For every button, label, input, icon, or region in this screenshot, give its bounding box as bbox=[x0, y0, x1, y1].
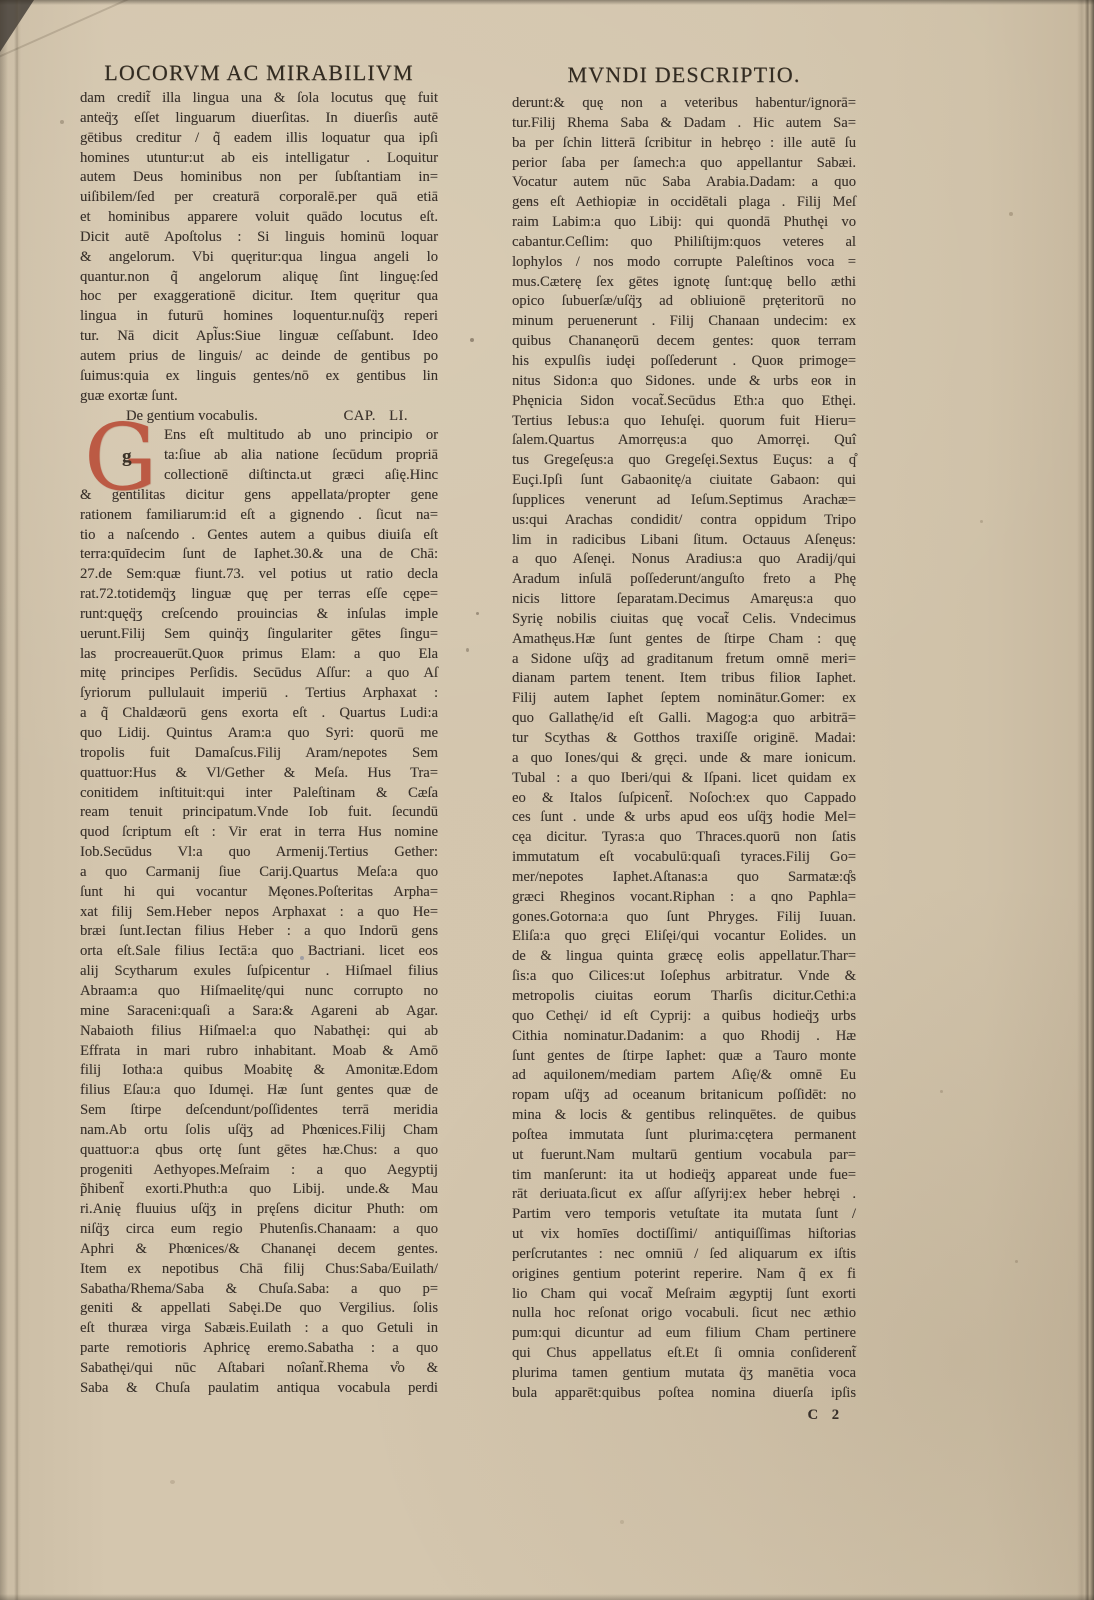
right-text-column: derunt:& quę non a veteribus habentur/ig… bbox=[512, 94, 856, 1426]
text-line: xat filij Sem.Heber nepos Arphaxat : a q… bbox=[80, 903, 438, 923]
text-line: tur Scythas & Gotthos traxiſſe originē. … bbox=[512, 729, 856, 749]
initial-block: G g Ens eſt multitudo ab uno principio o… bbox=[80, 426, 438, 486]
text-line: Partim vero temporis vetuſtate ita mutat… bbox=[512, 1205, 856, 1225]
text-line: ad aquilonem/mediam partem Aſię/& omnē E… bbox=[512, 1066, 856, 1086]
text-line: bræi ſunt.Iectan filius Heber : a quo In… bbox=[80, 922, 438, 942]
text-line: terra:quīdecim ſunt de Iaphet.30.& una d… bbox=[80, 545, 438, 565]
text-line: Eliſa:a quo gręci Eliſęi/qui vocantur Eo… bbox=[512, 927, 856, 947]
text-line: Dicit autē Apoſtolus : Si linguis hominū… bbox=[80, 228, 438, 248]
left-page-header: LOCORVM AC MIRABILIVM bbox=[80, 60, 438, 86]
text-line: 27.de Sem:quæ fiunt.73. vel potius ut ra… bbox=[80, 565, 438, 585]
text-line: qui Chus appellatus eſt.Et ſi omnia conſ… bbox=[512, 1344, 856, 1364]
text-line: ream tenuit principatum.Vnde Iob fuit. ſ… bbox=[80, 803, 438, 823]
text-line: tur. Nā dicit Apl̃us:Siue linguæ ceſſabu… bbox=[80, 327, 438, 347]
page-edge-right bbox=[1077, 0, 1094, 1600]
text-line: ſalem.Quartus Amorręus:a quo Amorręi. Qu… bbox=[512, 431, 856, 451]
text-line: a q̃ Chaldæorū gens exorta eſt . Quartus… bbox=[80, 704, 438, 724]
text-line: & angelorum. Vbi quęritur:qua lingua ang… bbox=[80, 248, 438, 268]
text-line: Cithia nominatur.Dadanim: a quo Rhodij .… bbox=[512, 1027, 856, 1047]
text-line: Euçi.Ipſi ſunt Gabaonitę/a ciuitate Gaba… bbox=[512, 471, 856, 491]
text-line: a Sidone uſq̈ʒ ad graditanum fretum omnē… bbox=[512, 650, 856, 670]
text-line: quattuor:a qbus ortę ſunt gētes hæ.Chus:… bbox=[80, 1141, 438, 1161]
text-line: ba per ſchin litterā ſcribitur in hebręo… bbox=[512, 134, 856, 154]
text-line: mitę principes Perſidis. Secūdus Aſſur: … bbox=[80, 664, 438, 684]
text-line: immutatum eſt vocabulū:quaſi tyraces.Fil… bbox=[512, 848, 856, 868]
text-line: quo Cethęi/ id eſt Cyprij: a quibus hodi… bbox=[512, 1007, 856, 1027]
text-line: perior ſaba per ſamech:a quo appellantur… bbox=[512, 154, 856, 174]
text-line: rat.72.totidemq̈ʒ linguæ quę per terras … bbox=[80, 585, 438, 605]
left-text-column: dam credit̃ illa lingua una & ſola locut… bbox=[80, 89, 438, 1399]
text-line: tropolis fuit Damaſcus.Filij Aram/nepote… bbox=[80, 744, 438, 764]
text-line: autem Deus hominibus non per ſubſtantiam… bbox=[80, 168, 438, 188]
text-line: Filij autem Iaphet ſeptem nominātur.Gome… bbox=[512, 689, 856, 709]
text-line: Syrię nobilis ciuitas quę vocat̃ Celis. … bbox=[512, 610, 856, 630]
text-line: quantur.non q̃ angelorum aliquę ſint lin… bbox=[80, 268, 438, 288]
text-line: runt:quęq̈ʒ creſcendo prouincias & inſul… bbox=[80, 605, 438, 625]
text-line: ut vix homīes doctiſſimi/ antiquiſſimas … bbox=[512, 1225, 856, 1245]
page-edge-top bbox=[0, 0, 1094, 5]
text-line: græci Rheginos vocant.Riphan : a qno Pap… bbox=[512, 888, 856, 908]
paper-speck bbox=[170, 1480, 175, 1484]
page-edge-bottom bbox=[0, 1594, 1094, 1600]
text-line: Iob.Secūdus Vl:a quo Armenij.Tertius Get… bbox=[80, 843, 438, 863]
right-page-header: MVNDI DESCRIPTIO. bbox=[512, 62, 856, 88]
text-line: quattuor:Hus & Vl/Gether & Meſa. Hus Tra… bbox=[80, 764, 438, 784]
paper-speck bbox=[980, 520, 983, 523]
paragraph-lines: & gentilitas dicitur gens appellata/prop… bbox=[80, 486, 438, 1399]
text-line: quibus Chananęorū decem gentes: quoʀ ter… bbox=[512, 332, 856, 352]
text-line: gens eſt Aethiopiæ in occidētali plaga .… bbox=[512, 193, 856, 213]
text-line: mer/nepotes Iaphet.Aſtanas:a quo Sarmatæ… bbox=[512, 868, 856, 888]
text-line: opico ſubuerſæ/uſq̈ʒ ad obliuionē pręter… bbox=[512, 292, 856, 312]
text-line: lophylos / nos modo corrupte Paleſtinos … bbox=[512, 253, 856, 273]
text-line: dam credit̃ illa lingua una & ſola locut… bbox=[80, 89, 438, 109]
text-line: ſuimus:quia ex linguis gentes/nō ex gent… bbox=[80, 367, 438, 387]
paragraph-lines: dam credit̃ illa lingua una & ſola locut… bbox=[80, 89, 438, 387]
text-line: et hominibus apparere voluit quādo locut… bbox=[80, 208, 438, 228]
rubricated-initial-g: G bbox=[84, 412, 158, 504]
text-line: metropolis ciuitas eorum Tharſis dicitur… bbox=[512, 987, 856, 1007]
left-crease-shadow bbox=[14, 0, 21, 1600]
text-line: Aphri & Phœnices/& Chananęi decem gentes… bbox=[80, 1240, 438, 1260]
text-line: poſtea immutata ſunt plurima:cętera perm… bbox=[512, 1126, 856, 1146]
text-line: alij Scytharum exules ſuſpicentur . Hiſm… bbox=[80, 962, 438, 982]
text-line: cabantur.Ceſlim: quo Philiſtijm:quos vet… bbox=[512, 233, 856, 253]
text-line: eo & Italos ſuſpicent̃. Noſoch:ex quo Ca… bbox=[512, 789, 856, 809]
text-line: nam.Ab ortu ſolis uſq̈ʒ ad Phœnices.Fili… bbox=[80, 1121, 438, 1141]
text-line: mina & locis & gentibus relinquētes. de … bbox=[512, 1106, 856, 1126]
text-line: geniti & appellati Sabęi.De quo Vergiliu… bbox=[80, 1299, 438, 1319]
text-line: ri.Anię fluuius uſq̈ʒ in pręſens dicitur… bbox=[80, 1200, 438, 1220]
text-line: cęa dicitur. Tyras:a quo Thraces.quorū n… bbox=[512, 828, 856, 848]
text-line: minum peruenerunt . Filij Chanaan undeci… bbox=[512, 312, 856, 332]
text-line: hoc per exaggerationē dicitur. Item quęr… bbox=[80, 287, 438, 307]
text-line: tur.Filij Rhema Saba & Dadam . Hic autem… bbox=[512, 114, 856, 134]
paper-speck bbox=[620, 1520, 624, 1524]
paper-speck bbox=[470, 338, 474, 342]
text-line: las procreauerūt.Quoʀ primus Elam: a quo… bbox=[80, 645, 438, 665]
paper-speck bbox=[940, 1090, 943, 1093]
text-line: niſq̈ʒ circa eum regio Phutenſis.Chanaam… bbox=[80, 1220, 438, 1240]
paper-speck bbox=[1009, 212, 1013, 216]
text-line: plurima tamen gentium mutata q̈ʒ manētia… bbox=[512, 1364, 856, 1384]
text-line: perſcrutantes : nec omniū / ſed aliquaru… bbox=[512, 1245, 856, 1265]
paper-speck bbox=[528, 200, 531, 203]
text-line: filius Eſau:a quo Idumęi. Hæ ſunt gentes… bbox=[80, 1081, 438, 1101]
text-line: ces ſunt . unde & urbs apud eos uſq̈ʒ ho… bbox=[512, 808, 856, 828]
text-line: mine Saraceni:quaſi a Sara:& Agareni ab … bbox=[80, 1002, 438, 1022]
text-line: tus Gregeſęus:a quo Gregeſęi.Sextus Euçu… bbox=[512, 451, 856, 471]
text-line: Item ex nepotibus Chā filij Chus:Saba/Eu… bbox=[80, 1260, 438, 1280]
book-page: LOCORVM AC MIRABILIVM MVNDI DESCRIPTIO. … bbox=[0, 0, 1094, 1600]
paper-speck bbox=[1015, 1260, 1018, 1263]
text-line: uiſibilem/ſed per creaturā corporalē.per… bbox=[80, 188, 438, 208]
text-line: Sem ſtirpe deſcendunt/poſſidentes terrā … bbox=[80, 1101, 438, 1121]
text-line: his expulſis iudęi poſſederunt . Quoʀ pr… bbox=[512, 352, 856, 372]
text-line: Tertius Iebus:a quo Iehuſęi. quorum fuit… bbox=[512, 412, 856, 432]
paper-speck bbox=[60, 120, 64, 124]
text-line: Sabatha/Rhema/Saba & Chuſa.Saba: a quo p… bbox=[80, 1280, 438, 1300]
text-line: anteq̈ʒ eſſet linguarum diuerſitas. In d… bbox=[80, 109, 438, 129]
text-line: nicis littore ſeparatam.Decimus Amaręus:… bbox=[512, 590, 856, 610]
text-line: Amathęus.Hæ ſunt gentes de ſtirpe Cham :… bbox=[512, 630, 856, 650]
text-line: Sabathęi/qui nūc Aſtabari noîant̃.Rhema … bbox=[80, 1359, 438, 1379]
text-line: orta eſt.Sale filius Iectā:a quo Bactria… bbox=[80, 942, 438, 962]
text-line: conitidem inſtituit:qui inter Paleſtinam… bbox=[80, 784, 438, 804]
text-line: nitus Sidon:a quo Sidones. unde & urbs e… bbox=[512, 372, 856, 392]
text-line: a quo Aſenęi. Nonus Aradius:a quo Aradij… bbox=[512, 550, 856, 570]
text-line: parte remotioris Aphricę eremo.Sabatha :… bbox=[80, 1339, 438, 1359]
text-line: autem prius de linguis/ ac deinde de gen… bbox=[80, 347, 438, 367]
text-line: Aradum inſulā poſſederunt/anguſto freto … bbox=[512, 570, 856, 590]
text-line: tim manſerunt: ita ut hodieq̈ʒ appareat … bbox=[512, 1166, 856, 1186]
text-line: Saba & Chuſa paulatim antiqua vocabula p… bbox=[80, 1379, 438, 1399]
text-line: origines gentium poterint reperire. Nam … bbox=[512, 1265, 856, 1285]
text-line: lim in radicibus Libani ſitum. Octauus A… bbox=[512, 531, 856, 551]
text-line: filij Iotha:a quibus Moabitę & Amonitæ.E… bbox=[80, 1061, 438, 1081]
paper-speck bbox=[476, 612, 479, 615]
signature-mark: C 2 bbox=[512, 1406, 856, 1426]
text-line: gētibus creditur / q̃ eadem illis loquat… bbox=[80, 129, 438, 149]
text-line: rāt deriuata.ſicut ex aſſur aſſyrij:ex h… bbox=[512, 1185, 856, 1205]
text-line: uerunt.Filij Sem quinq̈ʒ ſingulariter gē… bbox=[80, 625, 438, 645]
text-line: quod ſcriptum eſt : Vir erat in terra Hu… bbox=[80, 823, 438, 843]
guide-letter: g bbox=[122, 447, 132, 467]
page-edge-left bbox=[0, 0, 8, 1600]
text-line: eſt thuræa virga Sabæis.Euilath : a quo … bbox=[80, 1319, 438, 1339]
text-line: quo Lidij. Quintus Aram:a quo Syri: quor… bbox=[80, 724, 438, 744]
text-line: lio Cham qui vocat̃ Meſraim ægyptij ſunt… bbox=[512, 1285, 856, 1305]
text-line: Effrata in mari rubro inhabitant. Moab &… bbox=[80, 1042, 438, 1062]
text-line: dianam partem tenent. Item tribus filioʀ… bbox=[512, 669, 856, 689]
text-line: pum:qui dicuntur ad eum filium Cham pert… bbox=[512, 1324, 856, 1344]
text-line: ſis:a quo Cilices:ut Ioſephus arbitratur… bbox=[512, 967, 856, 987]
text-line: Vocatur autem nūc Saba Arabia.Dadam: a q… bbox=[512, 173, 856, 193]
text-line: quo Gallathę/id eſt Galli. Magog:a quo a… bbox=[512, 709, 856, 729]
text-line: Tubal : a quo Iberi/qui & Iſpani. licet … bbox=[512, 769, 856, 789]
text-line: ſunt hi qui vocantur Męones.Poſteritas A… bbox=[80, 883, 438, 903]
text-line: ut fuerunt.Nam multarū gentium vocabula … bbox=[512, 1146, 856, 1166]
text-line: nulla hoc reſonat origo vocabuli. ſicut … bbox=[512, 1304, 856, 1324]
text-line: ſupplices venerunt ad Ieſum.Septimus Ara… bbox=[512, 491, 856, 511]
text-line: lingua in futurū homines loquentur.nuſq̈… bbox=[80, 307, 438, 327]
paper-speck bbox=[300, 956, 304, 960]
paragraph-lines: derunt:& quę non a veteribus habentur/ig… bbox=[512, 94, 856, 1404]
text-line: ſyriorum pullulauit imperiū . Tertius Ar… bbox=[80, 684, 438, 704]
text-line: tio a naſcendo . Gentes autem a quibus d… bbox=[80, 526, 438, 546]
text-line: a quo Iones/qui & gręci. unde & mare ion… bbox=[512, 749, 856, 769]
text-line: progeniti Aethyopes.Meſraim : a quo Aegy… bbox=[80, 1161, 438, 1181]
text-line: Nabaioth filius Hiſmael:a quo Nabathęi: … bbox=[80, 1022, 438, 1042]
text-line: derunt:& quę non a veteribus habentur/ig… bbox=[512, 94, 856, 114]
text-line: homines utuntur:ut ab eis intelligatur .… bbox=[80, 149, 438, 169]
text-line: bula apparēt:quibus poſtea nomina diuerſ… bbox=[512, 1384, 856, 1404]
text-line: mus.Cæterę ſex gētes ignotę ſunt:quę bel… bbox=[512, 273, 856, 293]
text-line: us:qui Arachas condidit/ contra oppidum … bbox=[512, 511, 856, 531]
paper-speck bbox=[466, 648, 469, 652]
text-line: ſunt gentes de ſtirpe Iaphet: quæ a Taur… bbox=[512, 1047, 856, 1067]
text-line: gones.Gotorna:a quo ſunt Phryges. Filij … bbox=[512, 908, 856, 928]
text-line: ropam uſq̈ʒ ad oceanum britanicum poſſid… bbox=[512, 1086, 856, 1106]
text-line: Abraam:a quo Hiſmaelitę/qui nunc corrupt… bbox=[80, 982, 438, 1002]
text-line: de & lingua quinta græcę eolis appellatu… bbox=[512, 947, 856, 967]
text-line: p̃hibent̃ exorti.Phuth:a quo Libij. unde… bbox=[80, 1180, 438, 1200]
text-line: a quo Carmanij ſiue Carij.Quartus Meſa:a… bbox=[80, 863, 438, 883]
chapter-number: CAP. LI. bbox=[344, 407, 409, 427]
text-line: Phęnicia Sidon vocat̃.Secūdus Eth:a quo … bbox=[512, 392, 856, 412]
text-line: raim Labim:a quo Libij: qui quondā Phuth… bbox=[512, 213, 856, 233]
